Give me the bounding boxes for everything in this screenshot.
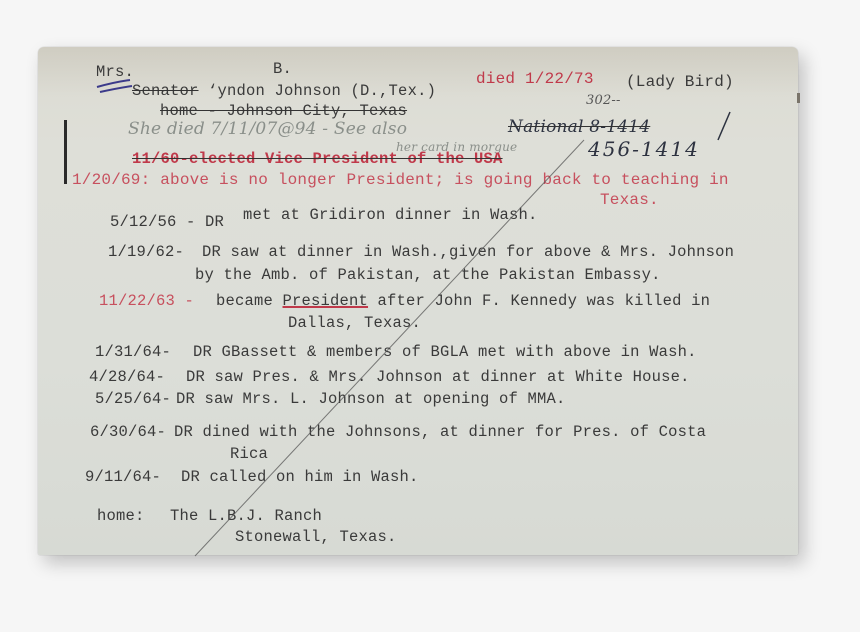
pen-slash-icon xyxy=(718,112,730,140)
pen-marks xyxy=(0,0,860,632)
diagonal-strike-line xyxy=(195,140,584,556)
underline-mark-icon xyxy=(100,86,132,92)
underline-mark-icon xyxy=(97,80,130,87)
